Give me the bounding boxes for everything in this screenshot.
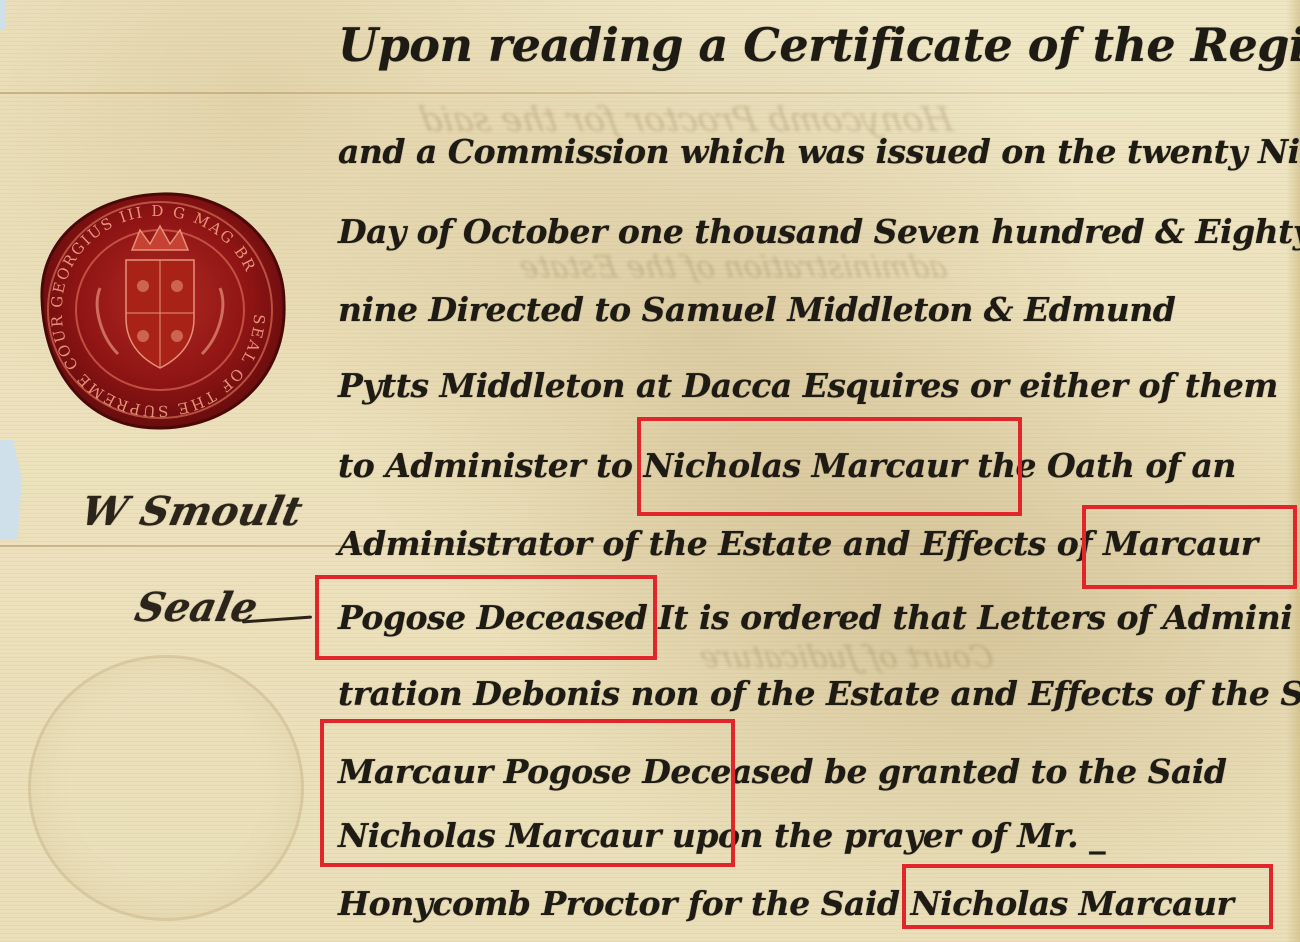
manuscript-line-1: Upon reading a Certificate of the Regist… xyxy=(338,18,1300,72)
manuscript-line-9: tration Debonis non of the Estate and Ef… xyxy=(338,674,1300,713)
signature-seale: Seale xyxy=(131,584,262,631)
manuscript-line-3: Day of October one thousand Seven hundre… xyxy=(338,212,1300,251)
highlight-box-nicholas-marcaur-1: Nicholas Marcaur xyxy=(637,417,1022,516)
fold-line xyxy=(0,92,1300,94)
bleed-through-text: Court of Judicature xyxy=(697,640,996,675)
highlight-box-marcaur: Marcaur xyxy=(1082,505,1297,589)
manuscript-line-4: nine Directed to Samuel Middleton & Edmu… xyxy=(338,290,1175,329)
seal-icon: GEORGIUS III D G MAG BR SEAL OF THE SUPR… xyxy=(22,178,294,440)
manuscript-line-2: and a Commission which was issued on the… xyxy=(338,132,1300,171)
highlight-box-marcaur-pogose-nicholas: Marcaur Pogose De[ceased] / Nicholas Mar… xyxy=(320,719,735,867)
embossed-seal-impression xyxy=(28,655,304,921)
highlight-box-nicholas-marcaur-2: Nicholas Marcaur xyxy=(902,864,1273,929)
paper-torn-corner xyxy=(0,0,6,30)
wax-seal: GEORGIUS III D G MAG BR SEAL OF THE SUPR… xyxy=(22,178,294,440)
signature-smoult: W Smoult xyxy=(77,488,306,535)
highlight-box-pogose-deceased: Pogose Deceased xyxy=(315,575,657,660)
manuscript-line-5: Pytts Middleton at Dacca Esquires or eit… xyxy=(338,366,1278,405)
bleed-through-text: administration of the Estate xyxy=(517,250,950,285)
